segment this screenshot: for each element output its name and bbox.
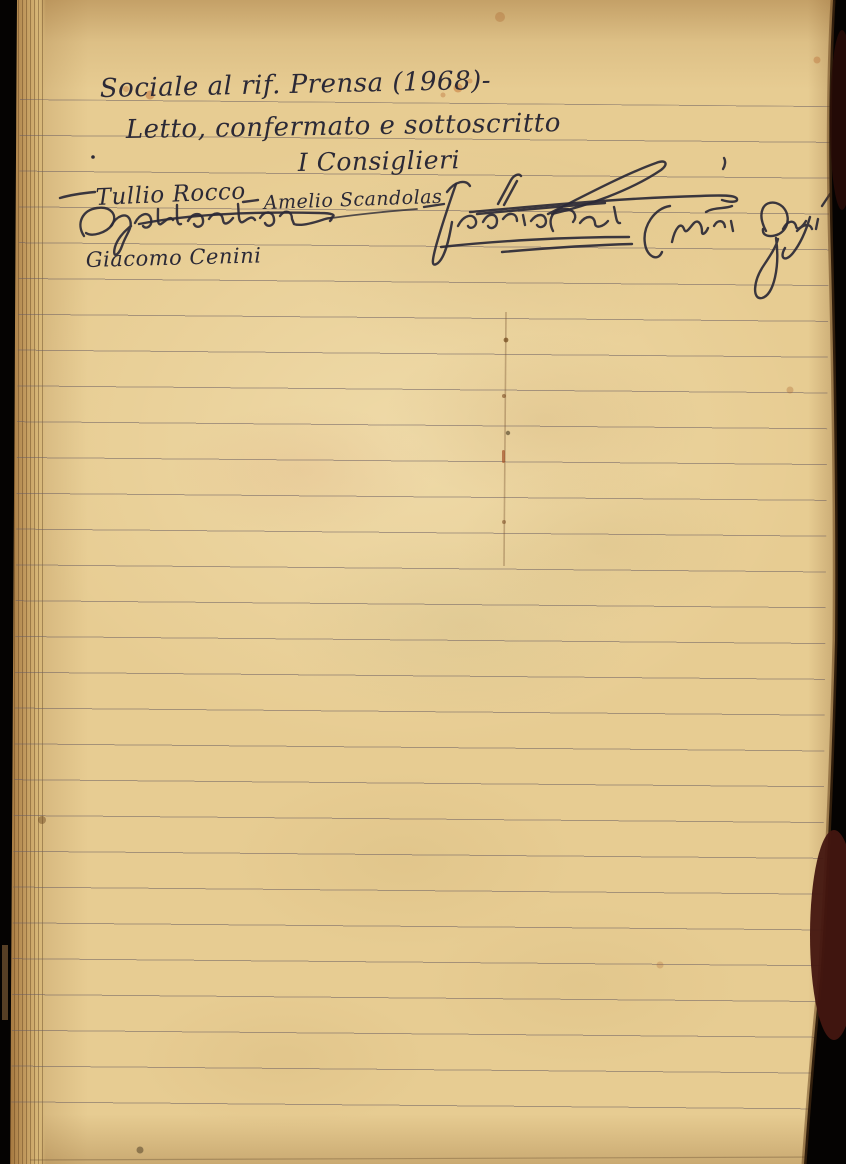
scan-art-layer: Sociale al rif. Prensa (1968)- Letto, co… (0, 0, 846, 1164)
crease-speck (504, 338, 509, 343)
foxing-spot (657, 962, 664, 969)
dust-speck (137, 1147, 144, 1154)
heading-line-3: I Consiglieri (297, 145, 461, 177)
crease-speck (502, 394, 506, 398)
vertical-crease (504, 312, 506, 566)
scanned-notebook-photo: Sociale al rif. Prensa (1968)- Letto, co… (0, 0, 846, 1164)
pen-dash-leading (60, 192, 95, 198)
signature-paraph-flourish (470, 158, 737, 214)
ink-dot (91, 155, 95, 159)
signature-tullio-rocco: Tullio Rocco (95, 178, 246, 211)
ink-comma (723, 158, 725, 169)
crease-stain-red (502, 450, 505, 463)
foxing-spot (495, 12, 505, 22)
heading-line-2: Letto, confermato e sottoscritto (125, 108, 561, 145)
signature-giacomo-cenini: Giacomo Cenini (86, 243, 262, 272)
crease-speck (506, 431, 510, 435)
foxing-spot (814, 57, 821, 64)
signature-scrawl-underlined (433, 182, 632, 265)
bottom-page-edge-line (30, 1157, 820, 1160)
foxing-spot (787, 387, 794, 394)
binding-sliver (2, 945, 8, 1020)
heading-line-1: Sociale al rif. Prensa (1968)- (100, 66, 492, 104)
dust-speck (38, 816, 46, 824)
crease-speck (502, 520, 506, 524)
signature-scrawl-right (645, 194, 830, 298)
handwriting-layer: Sociale al rif. Prensa (1968)- Letto, co… (60, 66, 830, 298)
